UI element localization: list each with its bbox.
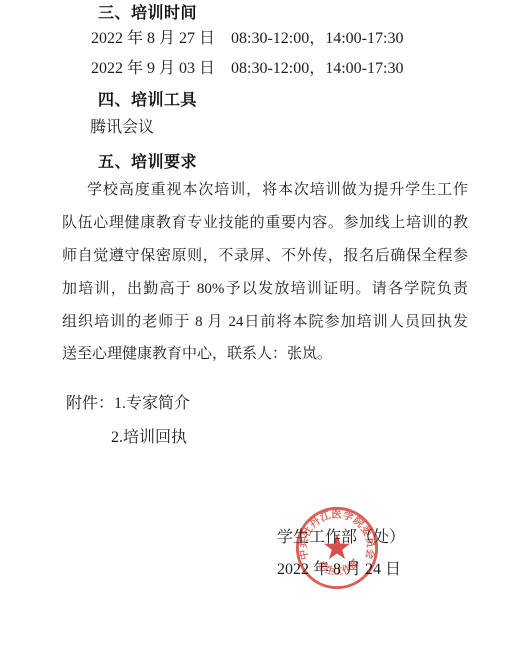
document-page: 三、培训时间 2022 年 8 月 27 日 08:30-12:00，14:00…: [0, 0, 531, 651]
svg-text:学生工作部: 学生工作部: [316, 556, 361, 576]
requirement-paragraph-line-5: 组织培训的老师于 8 月 24日前将本院参加培训人员回执发: [62, 313, 468, 332]
requirement-paragraph-line-4: 加培训，出勤高于 80%予以发放培训证明。请各学院负责: [62, 280, 468, 299]
section-heading-training-tool: 四、培训工具: [98, 91, 197, 111]
requirement-paragraph-line-3: 师自觉遵守保密原则，不录屏、不外传，报名后确保全程参: [62, 247, 468, 266]
requirement-paragraph-line-1: 学校高度重视本次培训，将本次培训做为提升学生工作: [87, 181, 468, 200]
training-date-line-1: 2022 年 8 月 27 日 08:30-12:00，14:00-17:30: [91, 29, 403, 49]
attachment-line-1: 附件：1.专家简介: [66, 394, 190, 414]
section-heading-training-requirement: 五、培训要求: [98, 153, 197, 173]
section-heading-training-time: 三、培训时间: [98, 4, 197, 24]
seal-star-icon: [324, 534, 350, 559]
seal-bottom-text: 学生工作部: [316, 556, 361, 576]
official-seal: 中共牡丹江医学院委员会 学生工作部: [293, 504, 381, 592]
requirement-paragraph-line-2: 队伍心理健康教育专业技能的重要内容。参加线上培训的教: [62, 214, 468, 233]
training-tool-text: 腾讯会议: [90, 118, 154, 138]
training-date-line-2: 2022 年 9 月 03 日 08:30-12:00，14:00-17:30: [91, 59, 403, 79]
attachment-line-2: 2.培训回执: [111, 428, 187, 448]
requirement-paragraph-line-6: 送至心理健康教育中心，联系人：张岚。: [62, 345, 332, 364]
